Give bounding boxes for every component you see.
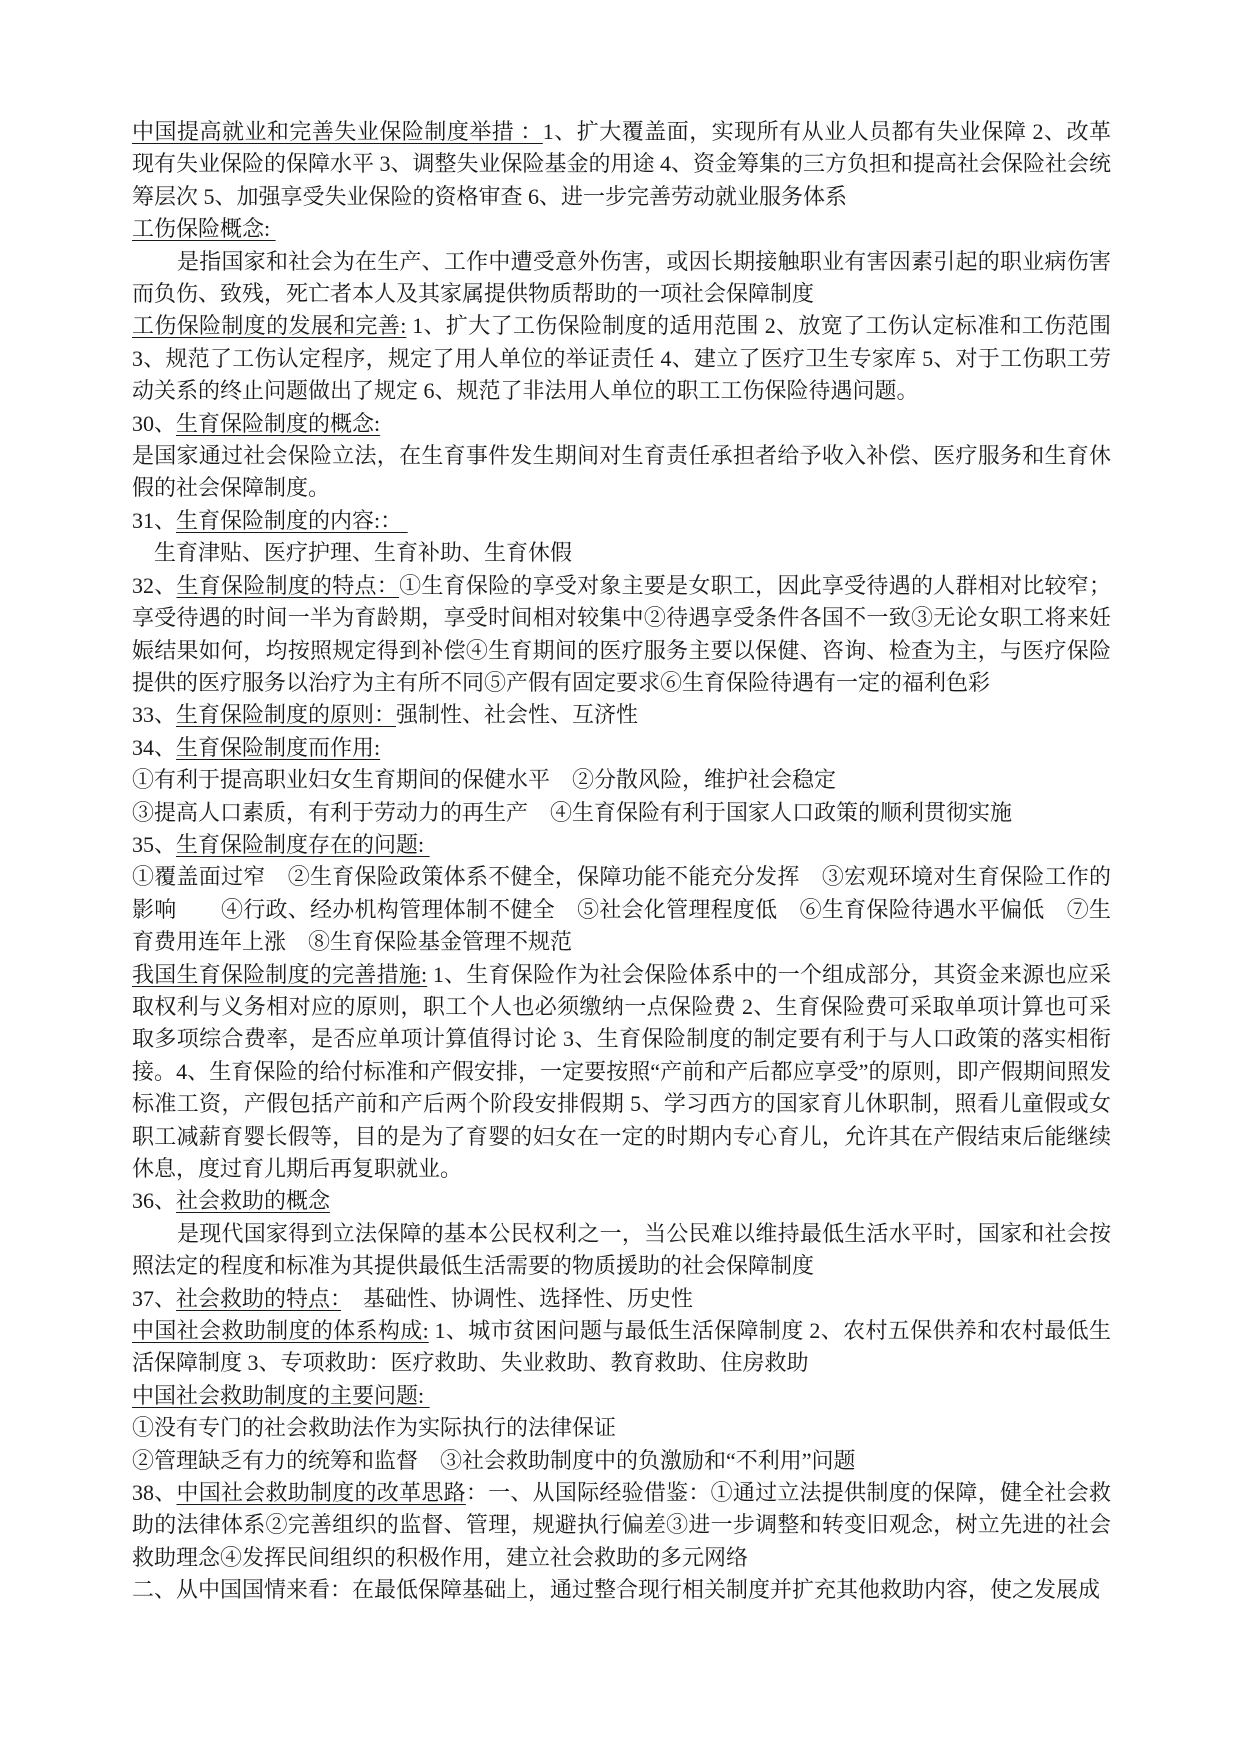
paragraph: 工伤保险概念:	[132, 213, 1111, 245]
paragraph: 中国提高就业和完善失业保险制度举措 ：1、扩大覆盖面，实现所有从业人员都有失业保…	[132, 116, 1111, 213]
paragraph: 31、生育保险制度的内容:：	[132, 505, 1111, 537]
text-segment: 33、	[132, 702, 176, 727]
text-segment: 强制性、社会性、互济性	[396, 702, 638, 727]
text-segment: 是指国家和社会为在生产、工作中遭受意外伤害，或因长期接触职业有害因素引起的职业病…	[132, 249, 1111, 306]
underlined-heading: 生育保险制度的内容:：	[176, 508, 408, 533]
text-segment: ②管理缺乏有力的统筹和监督 ③社会救助制度中的负激励和“不利用”问题	[132, 1448, 856, 1473]
document-page: 中国提高就业和完善失业保险制度举措 ：1、扩大覆盖面，实现所有从业人员都有失业保…	[0, 0, 1241, 1754]
underlined-heading: 中国社会救助制度的主要问题:	[132, 1383, 430, 1408]
paragraph: ③提高人口素质，有利于劳动力的再生产 ④生育保险有利于国家人口政策的顺利贯彻实施	[132, 797, 1111, 829]
paragraph: 30、生育保险制度的概念:	[132, 408, 1111, 440]
paragraph: ①没有专门的社会救助法作为实际执行的法律保证	[132, 1412, 1111, 1444]
underlined-heading: 社会救助的特点：	[176, 1286, 341, 1311]
paragraph: 37、社会救助的特点： 基础性、协调性、选择性、历史性	[132, 1283, 1111, 1315]
text-segment: ①覆盖面过窄 ②生育保险政策体系不健全，保障功能不能充分发挥 ③宏观环境对生育保…	[132, 864, 1111, 954]
underlined-heading: 中国社会救助制度的体系构成:	[132, 1318, 429, 1343]
underlined-heading: 生育保险制度存在的问题:	[176, 832, 430, 857]
text-segment: 30、	[132, 411, 176, 436]
text-segment: ③提高人口素质，有利于劳动力的再生产 ④生育保险有利于国家人口政策的顺利贯彻实施	[132, 800, 1012, 825]
underlined-heading: 生育保险制度而作用:	[176, 735, 380, 760]
underlined-heading: 生育保险制度的原则：	[176, 702, 396, 727]
paragraph: 36、社会救助的概念	[132, 1185, 1111, 1217]
paragraph: 32、生育保险制度的特点：①生育保险的享受对象主要是女职工，因此享受待遇的人群相…	[132, 570, 1111, 700]
paragraph: 是指国家和社会为在生产、工作中遭受意外伤害，或因长期接触职业有害因素引起的职业病…	[132, 246, 1111, 311]
paragraph: 工伤保险制度的发展和完善: 1、扩大了工伤保险制度的适用范围 2、放宽了工伤认定…	[132, 310, 1111, 407]
document-text: 中国提高就业和完善失业保险制度举措 ：1、扩大覆盖面，实现所有从业人员都有失业保…	[132, 116, 1111, 1607]
text-segment: 二、从中国国情来看：在最低保障基础上，通过整合现行相关制度并扩充其他救助内容，使…	[132, 1577, 1100, 1602]
paragraph: ①有利于提高职业妇女生育期间的保健水平 ②分散风险，维护社会稳定	[132, 764, 1111, 796]
text-segment: 36、	[132, 1188, 176, 1213]
text-segment: 是现代国家得到立法保障的基本公民权利之一，当公民难以维持最低生活水平时，国家和社…	[132, 1221, 1111, 1278]
underlined-heading: 生育保险制度的概念:	[176, 411, 380, 436]
text-segment: 是国家通过社会保险立法，在生育事件发生期间对生育责任承担者给予收入补偿、医疗服务…	[132, 443, 1111, 500]
underlined-heading: 社会救助的概念	[176, 1188, 330, 1213]
text-segment: 35、	[132, 832, 176, 857]
underlined-heading: 我国生育保险制度的完善措施:	[132, 962, 427, 987]
text-segment: 1、生育保险作为社会保险体系中的一个组成部分，其资金来源也应采取权利与义务相对应…	[132, 962, 1111, 1181]
paragraph: 33、生育保险制度的原则：强制性、社会性、互济性	[132, 699, 1111, 731]
text-segment: 生育津贴、医疗护理、生育补助、生育休假	[154, 540, 572, 565]
paragraph: 中国社会救助制度的主要问题:	[132, 1380, 1111, 1412]
underlined-heading: 生育保险制度的特点：	[177, 573, 400, 598]
underlined-heading: 中国提高就业和完善失业保险制度举措 ：	[132, 119, 543, 144]
text-segment: 31、	[132, 508, 176, 533]
text-segment: ①没有专门的社会救助法作为实际执行的法律保证	[132, 1415, 616, 1440]
paragraph: 生育津贴、医疗护理、生育补助、生育休假	[132, 537, 1111, 569]
paragraph: 中国社会救助制度的体系构成: 1、城市贫困问题与最低生活保障制度 2、农村五保供…	[132, 1315, 1111, 1380]
paragraph: 38、中国社会救助制度的改革思路：一、从国际经验借鉴：①通过立法提供制度的保障，…	[132, 1477, 1111, 1574]
text-segment: 基础性、协调性、选择性、历史性	[341, 1286, 693, 1311]
paragraph: 是现代国家得到立法保障的基本公民权利之一，当公民难以维持最低生活水平时，国家和社…	[132, 1218, 1111, 1283]
paragraph: 二、从中国国情来看：在最低保障基础上，通过整合现行相关制度并扩充其他救助内容，使…	[132, 1574, 1111, 1606]
paragraph: ②管理缺乏有力的统筹和监督 ③社会救助制度中的负激励和“不利用”问题	[132, 1445, 1111, 1477]
paragraph: 我国生育保险制度的完善措施: 1、生育保险作为社会保险体系中的一个组成部分，其资…	[132, 959, 1111, 1186]
paragraph: 是国家通过社会保险立法，在生育事件发生期间对生育责任承担者给予收入补偿、医疗服务…	[132, 440, 1111, 505]
underlined-heading: 工伤保险制度的发展和完善:	[132, 313, 406, 338]
paragraph: 35、生育保险制度存在的问题:	[132, 829, 1111, 861]
text-segment: ①有利于提高职业妇女生育期间的保健水平 ②分散风险，维护社会稳定	[132, 767, 836, 792]
paragraph: ①覆盖面过窄 ②生育保险政策体系不健全，保障功能不能充分发挥 ③宏观环境对生育保…	[132, 861, 1111, 958]
paragraph: 34、生育保险制度而作用:	[132, 732, 1111, 764]
underlined-heading: 工伤保险概念:	[132, 216, 276, 241]
underlined-heading: 中国社会救助制度的改革思路	[177, 1480, 466, 1505]
text-segment: 38、	[132, 1480, 177, 1505]
text-segment: 32、	[132, 573, 177, 598]
text-segment: 37、	[132, 1286, 176, 1311]
text-segment: 34、	[132, 735, 176, 760]
